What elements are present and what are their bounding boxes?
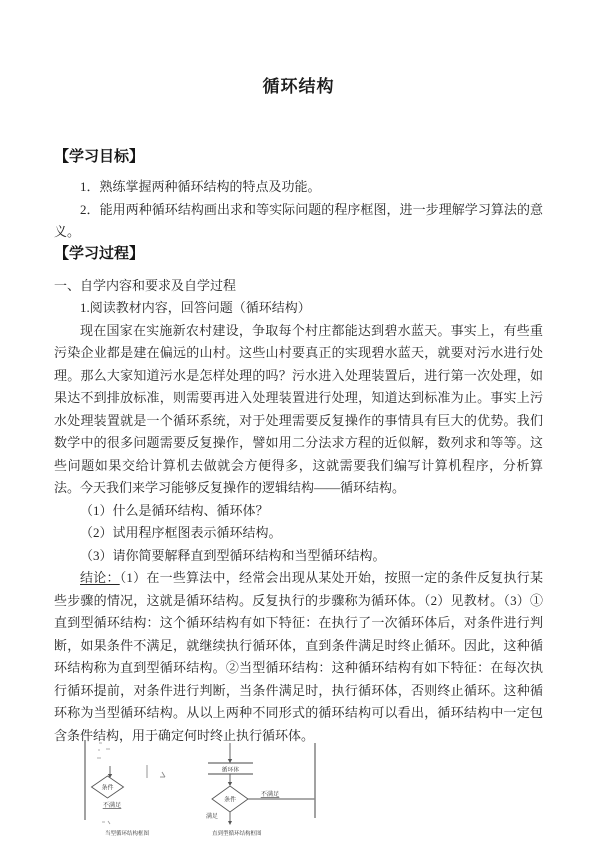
- arrowhead-down-icon: [228, 821, 232, 825]
- goal-item-2: 2．能用两种循环结构画出求和等实际问题的程序框图，进一步理解学习算法的意义。: [54, 199, 543, 244]
- caption-tick-marks: [102, 821, 110, 824]
- conclusion-label: 结论：: [80, 570, 120, 585]
- document-content: 循环结构 【学习目标】 1．熟练掌握两种循环结构的特点及功能。 2．能用两种循环…: [0, 76, 595, 747]
- until-loop-caption: 直到型循环结构框图: [212, 829, 262, 837]
- conclusion-text: （1）在一些算法中，经常会出现从某处开始，按照一定的条件反复执行某些步骤的情况，…: [54, 570, 543, 743]
- not-satisfied-label: 不满足: [261, 790, 280, 798]
- branch-label: 不满足: [103, 801, 122, 809]
- section-heading-process: 【学习过程】: [54, 244, 543, 264]
- conclusion-paragraph: 结论：（1）在一些算法中，经常会出现从某处开始，按照一定的条件反复执行某些步骤的…: [54, 567, 543, 747]
- process-section-title: 一、自学内容和要求及自学过程: [54, 275, 543, 298]
- process-task: 1.阅读教材内容，回答问题（循环结构）: [54, 297, 543, 320]
- until-loop-flowchart: 循环体 条件 不满足 满足 直到型循环结构框图: [200, 735, 330, 841]
- arrowhead-down-icon: [228, 759, 232, 763]
- intro-paragraph: 现在国家在实施新农村建设，争取每个村庄都能达到碧水蓝天。事实上，有些重污染企业都…: [54, 320, 543, 500]
- question-1: （1）什么是循环结构、循环体？: [54, 500, 543, 523]
- section-heading-goals: 【学习目标】: [54, 147, 543, 167]
- satisfied-label: 满足: [206, 812, 218, 820]
- while-loop-flowchart: 条件 不满足 当型循环结构框图: [70, 735, 200, 841]
- page-title: 循环结构: [54, 76, 543, 98]
- exit-marks: [147, 765, 165, 778]
- entry-arrow-marks: [97, 743, 110, 758]
- condition-label: 条件: [224, 796, 236, 804]
- flowchart-figure-area: 条件 不满足 当型循环结构框图 循环体: [0, 735, 595, 841]
- loop-body-label: 循环体: [222, 766, 240, 774]
- goal-item-1: 1．熟练掌握两种循环结构的特点及功能。: [54, 176, 543, 199]
- condition-label: 条件: [101, 784, 113, 792]
- while-loop-caption: 当型循环结构框图: [105, 829, 150, 837]
- question-2: （2）试用程序框图表示循环结构。: [54, 522, 543, 545]
- document-page: 循环结构 【学习目标】 1．熟练掌握两种循环结构的特点及功能。 2．能用两种循环…: [0, 0, 595, 841]
- arrowhead-down-icon: [228, 782, 232, 786]
- question-3: （3）请你简要解释直到型循环结构和当型循环结构。: [54, 545, 543, 568]
